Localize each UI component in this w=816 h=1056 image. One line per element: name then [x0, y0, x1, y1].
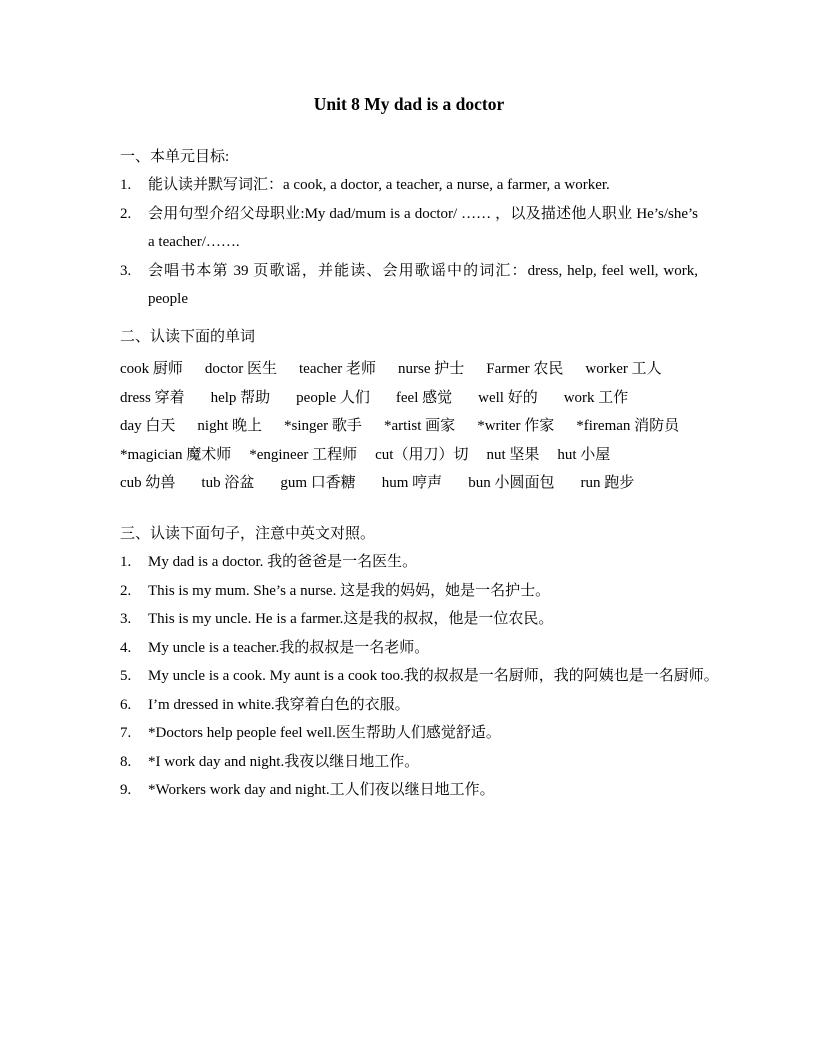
- section-vocab-heading: 二、认读下面的单词: [120, 323, 698, 352]
- vocab-item: well 好的: [478, 384, 538, 413]
- sentence-number: 8.: [120, 748, 148, 777]
- vocab-item: *singer 歌手: [284, 412, 362, 441]
- vocab-item: teacher 老师: [299, 355, 376, 384]
- vocab-item: dress 穿着: [120, 384, 185, 413]
- sentence-text: This is my mum. She’s a nurse. 这是我的妈妈，她是…: [148, 577, 698, 606]
- sentence-text: My uncle is a teacher.我的叔叔是一名老师。: [148, 634, 698, 663]
- goal-item: 3. 会唱书本第 39 页歌谣，并能读、会用歌谣中的词汇：dress, help…: [120, 257, 698, 314]
- sentence-number: 5.: [120, 662, 148, 691]
- vocab-item: *writer 作家: [477, 412, 554, 441]
- sentence-item: 5. My uncle is a cook. My aunt is a cook…: [120, 662, 698, 691]
- vocab-item: tub 浴盆: [201, 469, 254, 498]
- sentence-item: 4. My uncle is a teacher.我的叔叔是一名老师。: [120, 634, 698, 663]
- sentence-number: 4.: [120, 634, 148, 663]
- vocab-item: doctor 医生: [205, 355, 277, 384]
- sentence-item: 3. This is my uncle. He is a farmer.这是我的…: [120, 605, 698, 634]
- page-title: Unit 8 My dad is a doctor: [120, 90, 698, 119]
- sentence-number: 6.: [120, 691, 148, 720]
- vocab-row: cub 幼兽 tub 浴盆 gum 口香糖 hum 哼声 bun 小圆面包 ru…: [120, 469, 698, 498]
- sentence-text: My uncle is a cook. My aunt is a cook to…: [148, 662, 719, 691]
- vocab-item: run 跑步: [580, 469, 634, 498]
- sentence-text: This is my uncle. He is a farmer.这是我的叔叔，…: [148, 605, 698, 634]
- goal-item-number: 2.: [120, 200, 148, 229]
- vocab-item: nurse 护士: [398, 355, 464, 384]
- vocab-item: cook 厨师: [120, 355, 183, 384]
- sentence-item: 8. *I work day and night.我夜以继日地工作。: [120, 748, 698, 777]
- vocab-item: day 白天: [120, 412, 175, 441]
- vocab-item: night 晚上: [197, 412, 262, 441]
- goal-item: 2. 会用句型介绍父母职业:My dad/mum is a doctor/ ………: [120, 200, 698, 257]
- sentence-number: 9.: [120, 776, 148, 805]
- sentence-item: 1. My dad is a doctor. 我的爸爸是一名医生。: [120, 548, 698, 577]
- sentence-number: 3.: [120, 605, 148, 634]
- vocab-item: nut 坚果: [486, 441, 539, 470]
- sentence-item: 2. This is my mum. She’s a nurse. 这是我的妈妈…: [120, 577, 698, 606]
- vocab-item: hut 小屋: [557, 441, 610, 470]
- vocab-item: *engineer 工程师: [249, 441, 357, 470]
- sentence-number: 2.: [120, 577, 148, 606]
- vocab-item: *fireman 消防员: [576, 412, 679, 441]
- goal-item-number: 3.: [120, 257, 148, 286]
- goal-item-text: 会唱书本第 39 页歌谣，并能读、会用歌谣中的词汇：dress, help, f…: [148, 257, 698, 314]
- vocab-row: cook 厨师 doctor 医生 teacher 老师 nurse 护士 Fa…: [120, 355, 698, 384]
- goal-item-number: 1.: [120, 171, 148, 200]
- vocab-item: hum 哼声: [382, 469, 442, 498]
- vocab-row: dress 穿着 help 帮助 people 人们 feel 感觉 well …: [120, 384, 698, 413]
- sentence-number: 7.: [120, 719, 148, 748]
- sentence-item: 6. I’m dressed in white.我穿着白色的衣服。: [120, 691, 698, 720]
- vocab-item: Farmer 农民: [486, 355, 563, 384]
- vocab-item: help 帮助: [211, 384, 271, 413]
- section-goals-heading: 一、本单元目标:: [120, 143, 698, 172]
- vocab-item: cut（用刀）切: [375, 441, 468, 470]
- vocab-item: gum 口香糖: [280, 469, 355, 498]
- vocab-row: *magician 魔术师 *engineer 工程师 cut（用刀）切 nut…: [120, 441, 698, 470]
- vocab-item: work 工作: [564, 384, 629, 413]
- sentence-number: 1.: [120, 548, 148, 577]
- vocab-item: worker 工人: [585, 355, 661, 384]
- vocab-list: cook 厨师 doctor 医生 teacher 老师 nurse 护士 Fa…: [120, 355, 698, 498]
- vocab-item: *magician 魔术师: [120, 441, 231, 470]
- sentence-item: 9. *Workers work day and night.工人们夜以继日地工…: [120, 776, 698, 805]
- sentence-text: *Workers work day and night.工人们夜以继日地工作。: [148, 776, 698, 805]
- vocab-row: day 白天 night 晚上 *singer 歌手 *artist 画家 *w…: [120, 412, 698, 441]
- sentence-text: I’m dressed in white.我穿着白色的衣服。: [148, 691, 698, 720]
- sentence-text: My dad is a doctor. 我的爸爸是一名医生。: [148, 548, 698, 577]
- document-page: Unit 8 My dad is a doctor 一、本单元目标: 1. 能认…: [0, 0, 816, 1056]
- vocab-item: *artist 画家: [384, 412, 455, 441]
- vocab-item: cub 幼兽: [120, 469, 175, 498]
- vocab-item: feel 感觉: [396, 384, 452, 413]
- sentence-item: 7. *Doctors help people feel well.医生帮助人们…: [120, 719, 698, 748]
- sentence-text: *I work day and night.我夜以继日地工作。: [148, 748, 698, 777]
- sentence-text: *Doctors help people feel well.医生帮助人们感觉舒…: [148, 719, 698, 748]
- goal-item-text: 能认读并默写词汇：a cook, a doctor, a teacher, a …: [148, 171, 698, 200]
- goal-item-text: 会用句型介绍父母职业:My dad/mum is a doctor/ …… ，以…: [148, 200, 698, 257]
- vocab-item: people 人们: [296, 384, 370, 413]
- vocab-item: bun 小圆面包: [468, 469, 554, 498]
- section-sentences-heading: 三、认读下面句子，注意中英文对照。: [120, 520, 698, 549]
- goal-item: 1. 能认读并默写词汇：a cook, a doctor, a teacher,…: [120, 171, 698, 200]
